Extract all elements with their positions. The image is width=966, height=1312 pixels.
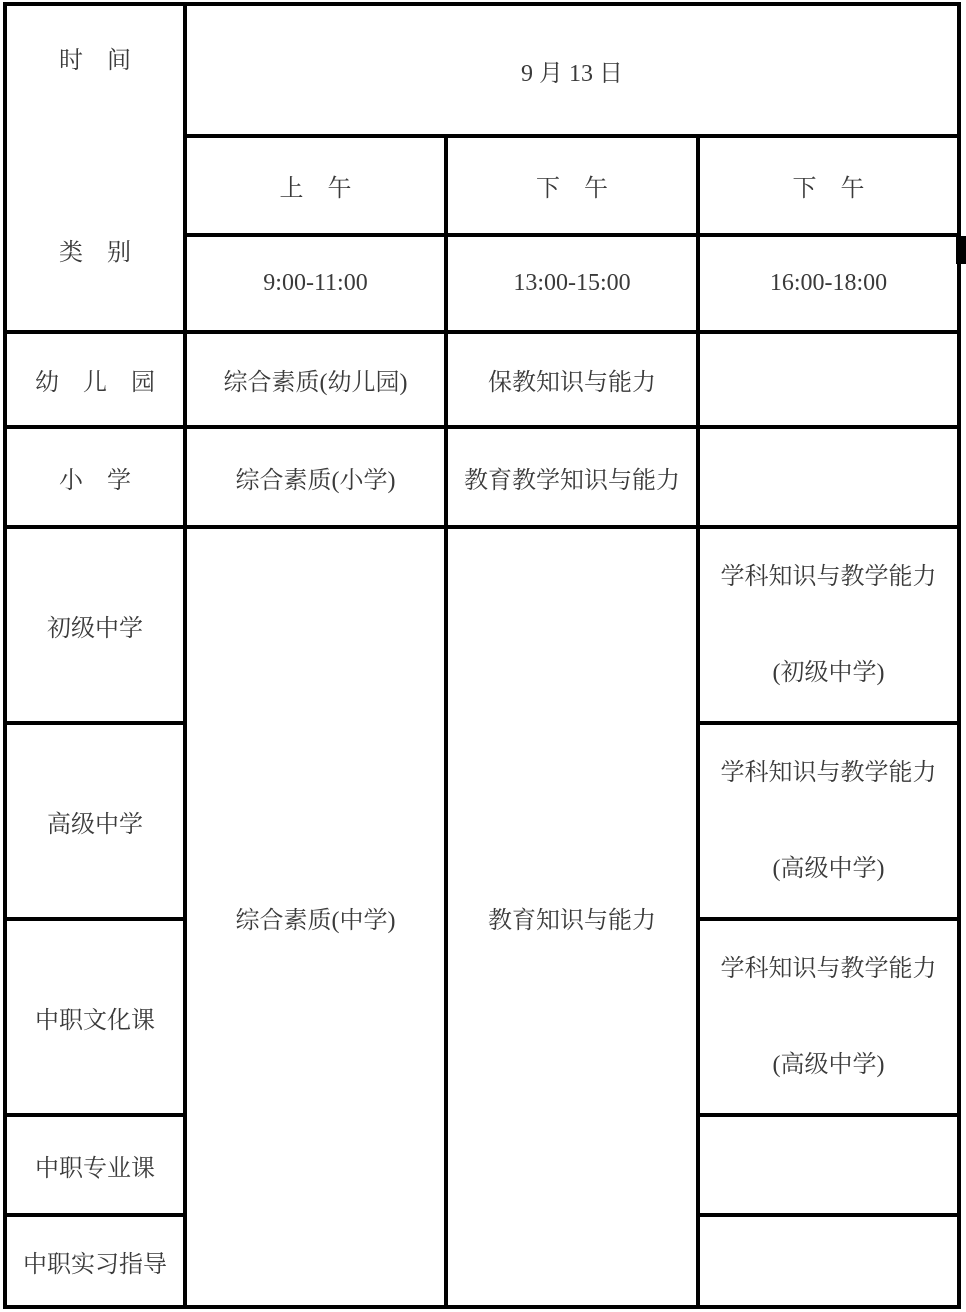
time-cell-morning: 9:00-11:00	[185, 235, 446, 332]
time-cell-afternoon1: 13:00-15:00	[446, 235, 698, 332]
category-cell: 小 学	[5, 427, 185, 527]
exam-cell-line1: 学科知识与教学能力	[700, 529, 957, 625]
corner-header-cell: 时 间 类 别	[5, 4, 185, 332]
empty-cell	[698, 427, 959, 527]
exam-cell: 综合素质(小学)	[185, 427, 446, 527]
exam-cell-line1: 学科知识与教学能力	[700, 921, 957, 1017]
date-header-cell: 9 月 13 日	[185, 4, 959, 136]
time-header-label: 时 间	[7, 40, 183, 75]
category-cell: 中职专业课	[5, 1115, 185, 1215]
table-row: 幼 儿 园 综合素质(幼儿园) 保教知识与能力	[5, 332, 959, 427]
empty-cell	[698, 1115, 959, 1215]
exam-cell: 学科知识与教学能力 (高级中学)	[698, 919, 959, 1115]
category-cell: 初级中学	[5, 527, 185, 723]
period-cell-afternoon1: 下 午	[446, 136, 698, 235]
exam-schedule-table: 时 间 类 别 9 月 13 日 上 午 下 午 下 午 9:00-11:00 …	[3, 2, 961, 1309]
period-cell-morning: 上 午	[185, 136, 446, 235]
category-cell: 中职实习指导	[5, 1215, 185, 1307]
category-header-label: 类 别	[7, 232, 183, 267]
period-cell-afternoon2: 下 午	[698, 136, 959, 235]
exam-cell: 综合素质(幼儿园)	[185, 332, 446, 427]
exam-cell: 教育教学知识与能力	[446, 427, 698, 527]
time-cell-afternoon2: 16:00-18:00	[698, 235, 959, 332]
exam-cell-line2: (高级中学)	[700, 1017, 957, 1113]
category-cell: 高级中学	[5, 723, 185, 919]
table-row: 小 学 综合素质(小学) 教育教学知识与能力	[5, 427, 959, 527]
exam-cell: 保教知识与能力	[446, 332, 698, 427]
exam-cell-line2: (高级中学)	[700, 821, 957, 917]
exam-cell-line1: 学科知识与教学能力	[700, 725, 957, 821]
table-row: 初级中学 综合素质(中学) 教育知识与能力 学科知识与教学能力 (初级中学)	[5, 527, 959, 723]
exam-cell-line2: (初级中学)	[700, 625, 957, 721]
merged-exam-cell-afternoon1: 教育知识与能力	[446, 527, 698, 1307]
merged-exam-cell-morning: 综合素质(中学)	[185, 527, 446, 1307]
right-edge-artifact	[956, 236, 966, 264]
exam-cell: 学科知识与教学能力 (初级中学)	[698, 527, 959, 723]
empty-cell	[698, 1215, 959, 1307]
header-row-date: 时 间 类 别 9 月 13 日	[5, 4, 959, 136]
category-cell: 幼 儿 园	[5, 332, 185, 427]
category-cell: 中职文化课	[5, 919, 185, 1115]
page: 时 间 类 别 9 月 13 日 上 午 下 午 下 午 9:00-11:00 …	[0, 0, 966, 1312]
exam-cell: 学科知识与教学能力 (高级中学)	[698, 723, 959, 919]
empty-cell	[698, 332, 959, 427]
